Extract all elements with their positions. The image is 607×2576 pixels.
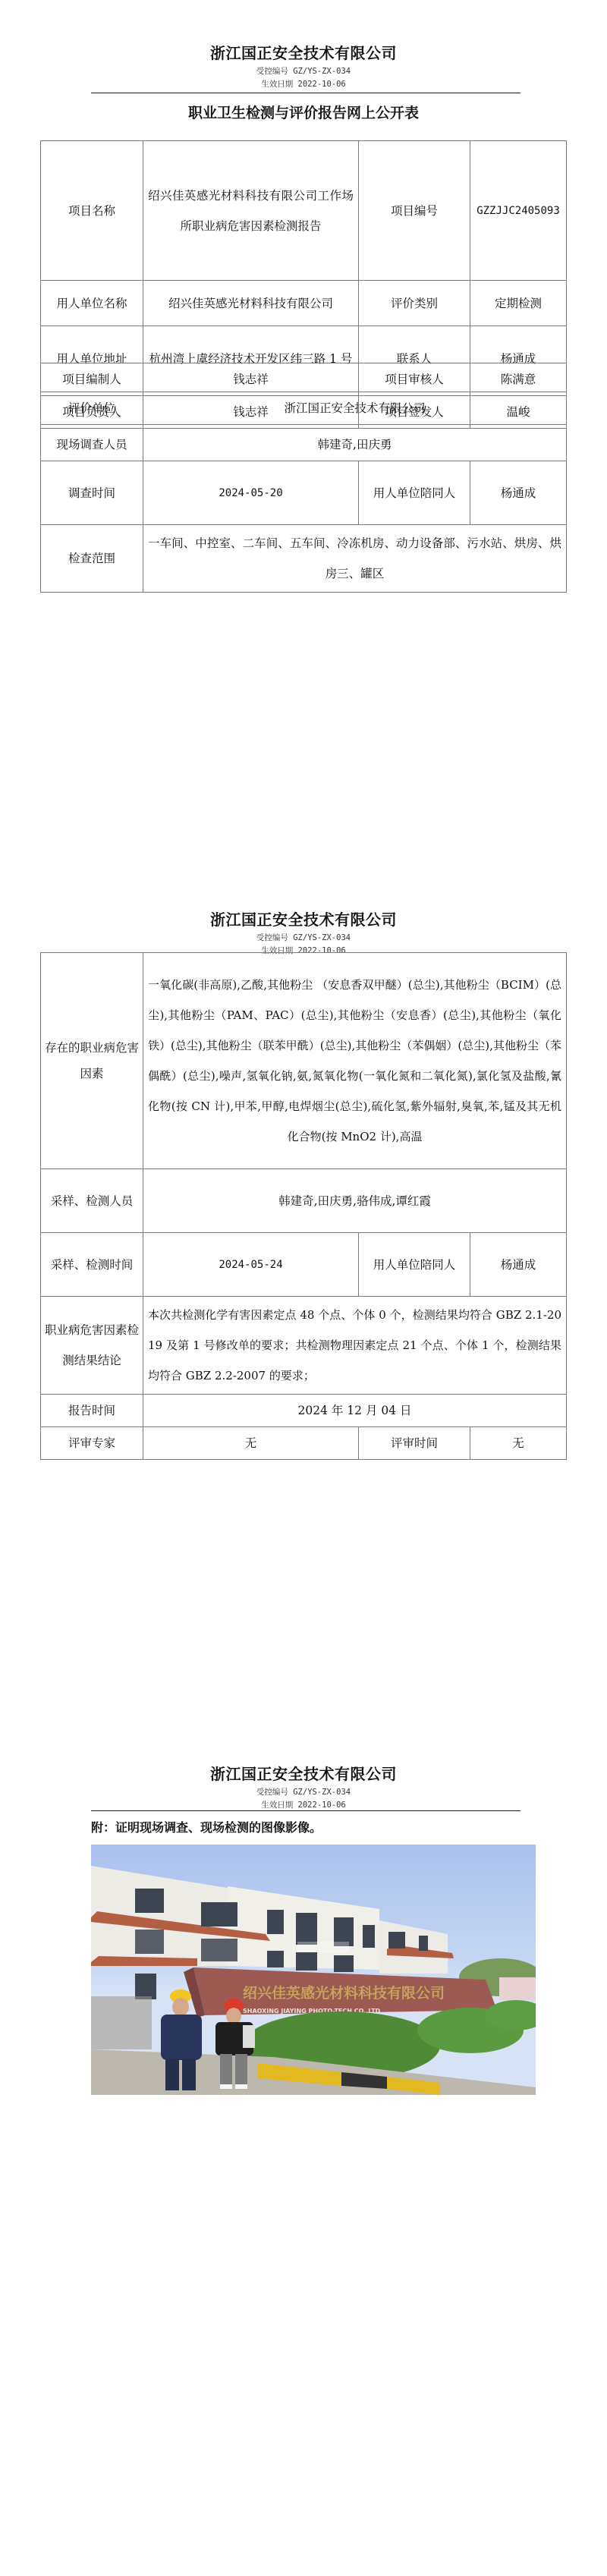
form-title: 职业卫生检测与评价报告网上公开表: [0, 102, 607, 122]
value-issuer: 温峻: [470, 396, 567, 429]
value-survey-time: 2024-05-20: [143, 461, 359, 525]
site-photo: 绍兴佳英感光材料科技有限公司 SHAOXING JIAYING PHOTO-TE…: [91, 1845, 536, 2095]
value-employer: 绍兴佳英感光材料科技有限公司: [143, 281, 359, 326]
value-report-time: 2024 年 12 月 04 日: [143, 1395, 567, 1427]
value-experts: 无: [143, 1427, 359, 1460]
value-reviewer: 陈满意: [470, 363, 567, 396]
label-compiler: 项目编制人: [41, 363, 143, 396]
page-2: 浙江国正安全技术有限公司 受控编号 GZ/YS-ZX-034 生效日期 2022…: [0, 857, 607, 1692]
label-employer: 用人单位名称: [41, 281, 143, 326]
effective-date: 生效日期 2022-10-06: [0, 1799, 607, 1810]
company-header: 浙江国正安全技术有限公司: [0, 41, 607, 63]
table-row: 检查范围 一车间、中控室、二车间、五车间、冷冻机房、动力设备部、污水站、烘房、烘…: [41, 525, 567, 593]
control-code: 受控编号 GZ/YS-ZX-034: [0, 65, 607, 77]
page-1: 浙江国正安全技术有限公司 受控编号 GZ/YS-ZX-034 生效日期 2022…: [0, 0, 607, 835]
table-row: 报告时间 2024 年 12 月 04 日: [41, 1395, 567, 1427]
disclosure-table-2: 存在的职业病危害因素 一氧化碳(非高原),乙酸,其他粉尘 （安息香双甲醚）(总尘…: [40, 952, 567, 1460]
label-escort: 用人单位陪同人: [359, 1233, 470, 1297]
table-row: 存在的职业病危害因素 一氧化碳(非高原),乙酸,其他粉尘 （安息香双甲醚）(总尘…: [41, 953, 567, 1169]
value-scope: 一车间、中控室、二车间、五车间、冷冻机房、动力设备部、污水站、烘房、烘房三、罐区: [143, 525, 567, 593]
label-leader: 项目负责人: [41, 396, 143, 429]
label-scope: 检查范围: [41, 525, 143, 593]
label-review-time: 评审时间: [359, 1427, 470, 1460]
table-row: 评审专家 无 评审时间 无: [41, 1427, 567, 1460]
label-conclusion: 职业病危害因素检测结果结论: [41, 1297, 143, 1395]
label-reviewer: 项目审核人: [359, 363, 470, 396]
label-surveyors: 现场调查人员: [41, 429, 143, 461]
value-project-no: GZZJJC2405093: [470, 141, 567, 281]
company-header: 浙江国正安全技术有限公司: [0, 907, 607, 929]
value-review-time: 无: [470, 1427, 567, 1460]
label-eval-type: 评价类别: [359, 281, 470, 326]
label-experts: 评审专家: [41, 1427, 143, 1460]
table-row: 现场调查人员 韩建奇,田庆勇: [41, 429, 567, 461]
label-hazards: 存在的职业病危害因素: [41, 953, 143, 1169]
value-leader: 钱志祥: [143, 396, 359, 429]
header-divider: [91, 1810, 521, 1811]
table-row: 职业病危害因素检测结果结论 本次共检测化学有害因素定点 48 个点、个体 0 个…: [41, 1297, 567, 1395]
value-compiler: 钱志祥: [143, 363, 359, 396]
label-escort: 用人单位陪同人: [359, 461, 470, 525]
attachment-note: 附：证明现场调查、现场检测的图像影像。: [91, 1818, 322, 1835]
value-hazards: 一氧化碳(非高原),乙酸,其他粉尘 （安息香双甲醚）(总尘),其他粉尘（BCIM…: [143, 953, 567, 1169]
table-row: 采样、检测人员 韩建奇,田庆勇,骆伟成,谭红霞: [41, 1169, 567, 1233]
value-sample-time: 2024-05-24: [143, 1233, 359, 1297]
label-samplers: 采样、检测人员: [41, 1169, 143, 1233]
value-conclusion: 本次共检测化学有害因素定点 48 个点、个体 0 个，检测结果均符合 GBZ 2…: [143, 1297, 567, 1395]
label-project-name: 项目名称: [41, 141, 143, 281]
value-samplers: 韩建奇,田庆勇,骆伟成,谭红霞: [143, 1169, 567, 1233]
control-code: 受控编号 GZ/YS-ZX-034: [0, 1786, 607, 1798]
table-row: 采样、检测时间 2024-05-24 用人单位陪同人 杨通成: [41, 1233, 567, 1297]
label-survey-time: 调查时间: [41, 461, 143, 525]
label-project-no: 项目编号: [359, 141, 470, 281]
table-row: 调查时间 2024-05-20 用人单位陪同人 杨通成: [41, 461, 567, 525]
table-row: 项目名称 绍兴佳英感光材料科技有限公司工作场所职业病危害因素检测报告 项目编号 …: [41, 141, 567, 281]
table-row: 项目负责人 钱志祥 项目签发人 温峻: [41, 396, 567, 429]
value-project-name: 绍兴佳英感光材料科技有限公司工作场所职业病危害因素检测报告: [143, 141, 359, 281]
value-escort: 杨通成: [470, 461, 567, 525]
disclosure-table-1b: 项目编制人 钱志祥 项目审核人 陈满意 项目负责人 钱志祥 项目签发人 温峻 现…: [40, 363, 567, 593]
company-header: 浙江国正安全技术有限公司: [0, 1762, 607, 1784]
value-surveyors: 韩建奇,田庆勇: [143, 429, 567, 461]
table-row: 项目编制人 钱志祥 项目审核人 陈满意: [41, 363, 567, 396]
label-sample-time: 采样、检测时间: [41, 1233, 143, 1297]
label-issuer: 项目签发人: [359, 396, 470, 429]
label-report-time: 报告时间: [41, 1395, 143, 1427]
control-code: 受控编号 GZ/YS-ZX-034: [0, 932, 607, 943]
effective-date: 生效日期 2022-10-06: [0, 78, 607, 90]
sign-company-name: 绍兴佳英感光材料科技有限公司: [243, 1984, 445, 2002]
header-divider: [91, 93, 521, 93]
table-row: 用人单位名称 绍兴佳英感光材料科技有限公司 评价类别 定期检测: [41, 281, 567, 326]
site-photo-image: 绍兴佳英感光材料科技有限公司 SHAOXING JIAYING PHOTO-TE…: [91, 1845, 536, 2095]
value-escort: 杨通成: [470, 1233, 567, 1297]
value-eval-type: 定期检测: [470, 281, 567, 326]
